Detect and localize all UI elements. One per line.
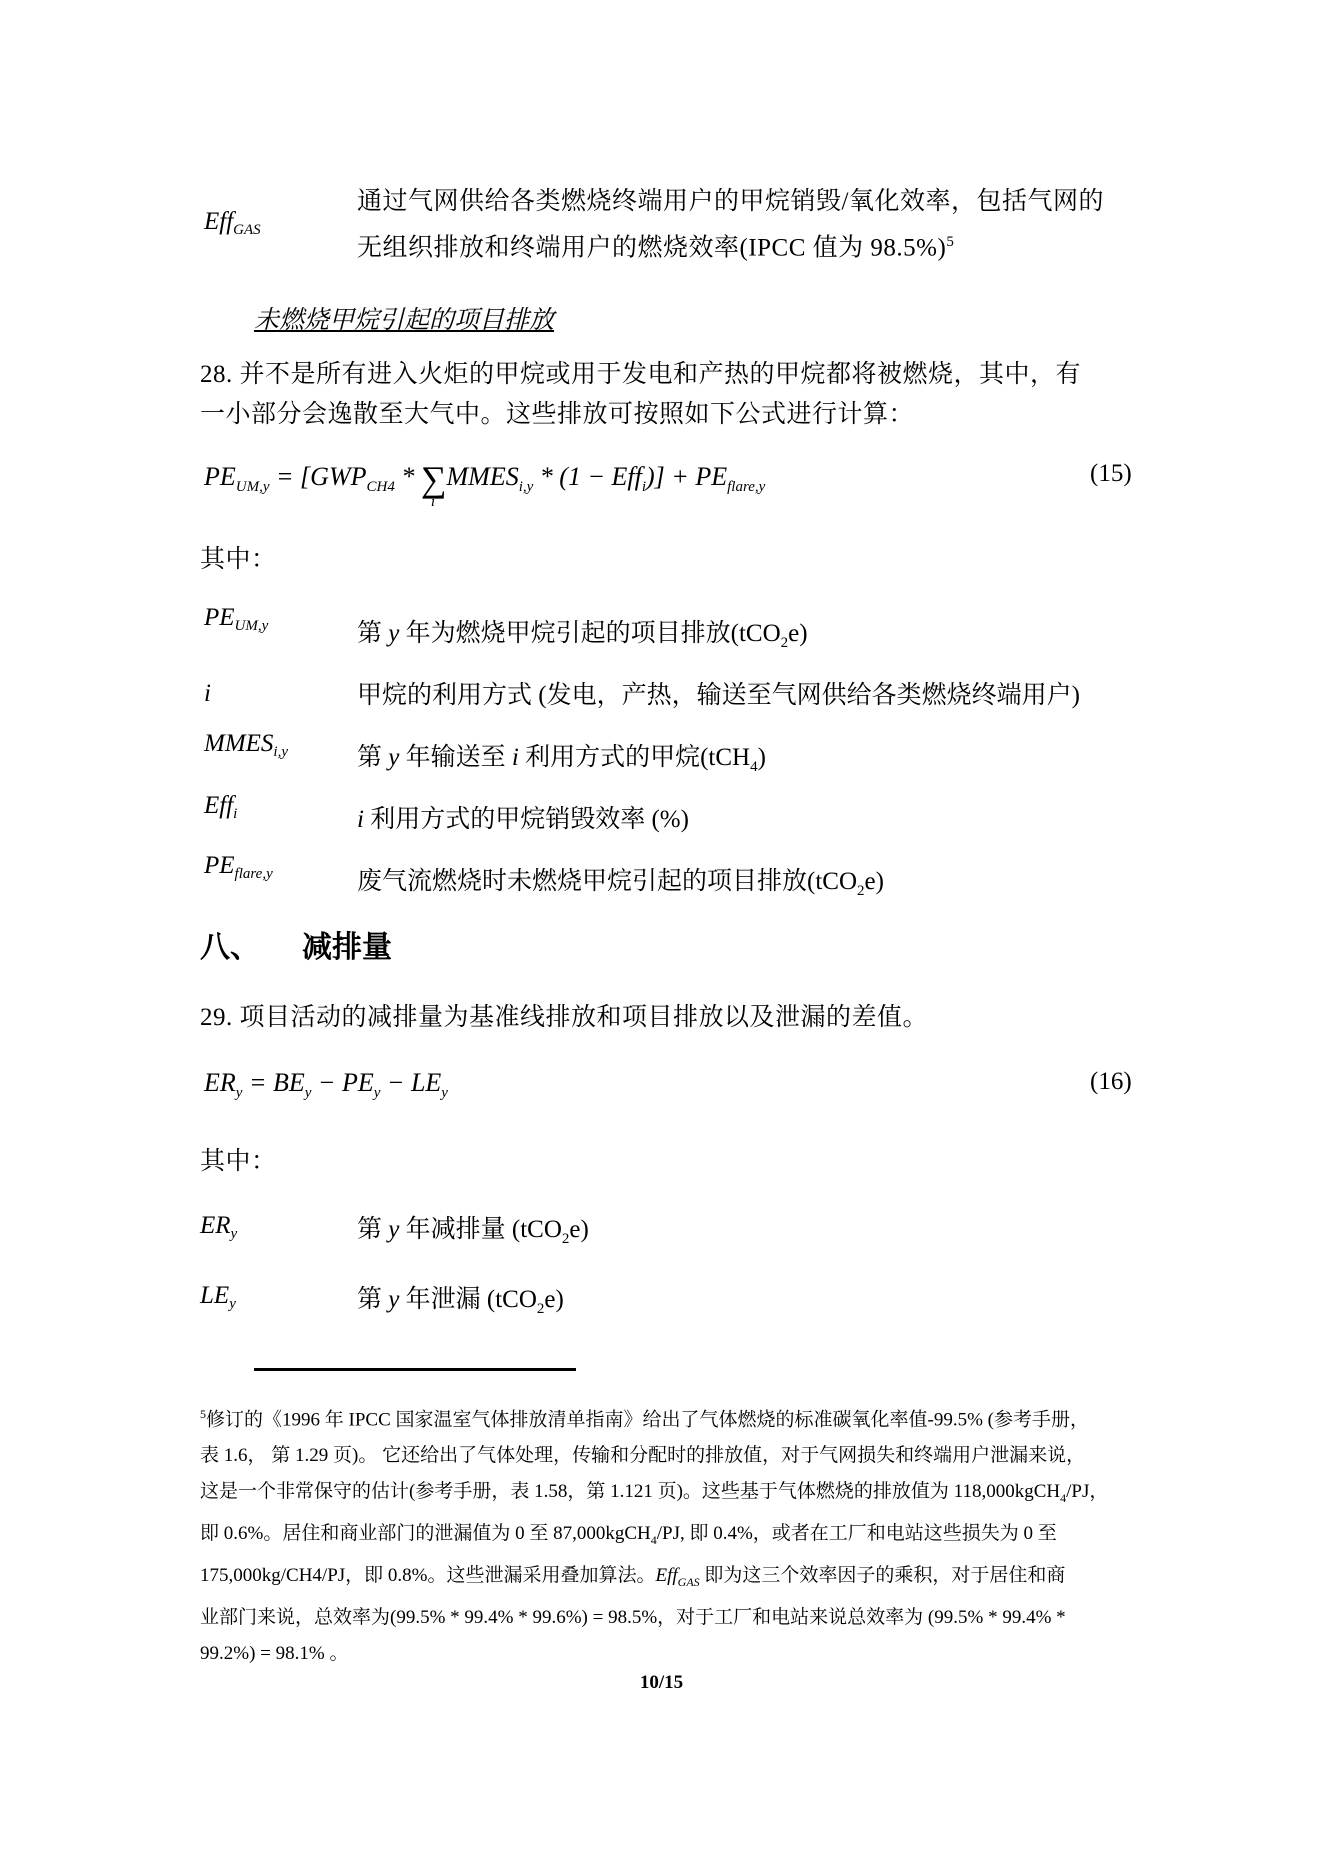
symbol-eff-gas: EffGAS [204, 208, 261, 239]
footnote-line: 表 1.6， 第 1.29 页)。 它还给出了气体处理，传输和分配时的排放值，对… [200, 1438, 1130, 1474]
footnote-text: 即 0.6%。居住和商业部门的泄漏值为 0 至 87,000kgCH [200, 1523, 651, 1544]
def-text-mmes: 第 y 年输送至 i 利用方式的甲烷(tCH4) [357, 740, 766, 785]
eq-term: ER [204, 1068, 236, 1097]
def-text-i: 甲烷的利用方式 (发电，产热，输送至气网供给各类燃烧终端用户) [357, 678, 1080, 714]
where-label: 其中： [200, 540, 277, 580]
eq-term: PE [204, 462, 236, 491]
var: y [388, 1286, 399, 1313]
text: 利用方式的甲烷(tCH [519, 744, 750, 771]
def-symbol-er: ERy [200, 1212, 237, 1243]
var: y [388, 1216, 399, 1243]
def-text-pe-flare: 废气流燃烧时未燃烧甲烷引起的项目排放(tCO2e) [357, 864, 884, 909]
def-symbol-le: LEy [200, 1282, 236, 1313]
footnote-ref[interactable]: 5 [946, 234, 954, 250]
footnote-line: 99.2%) = 98.1% 。 [200, 1636, 1130, 1672]
definition-line-2: 无组织排放和终端用户的燃烧效率(IPCC 值为 98.5%)5 [357, 222, 1157, 268]
sigma-symbol: ∑i [421, 458, 447, 500]
text: 第 [357, 1216, 388, 1243]
section-title: 减排量 [302, 931, 392, 964]
footnote-text: 这是一个非常保守的估计(参考手册，表 1.58，第 1.121 页)。这些基于气… [200, 1481, 1060, 1502]
eq-sub: UM,y [236, 479, 270, 495]
footnote-text: /PJ， [1066, 1481, 1108, 1502]
symbol-text: LE [200, 1282, 229, 1309]
text: ) [758, 744, 766, 771]
symbol-text: ER [200, 1212, 231, 1239]
equation-15: PEUM,y = [GWPCH4 * ∑iMMESi,y * (1 − Effi… [204, 458, 765, 500]
def-symbol-i: i [204, 680, 211, 708]
definition-line-2-text: 无组织排放和终端用户的燃烧效率(IPCC 值为 98.5%) [357, 234, 946, 261]
page-number: 10/15 [0, 1672, 1323, 1694]
symbol-text: Eff [656, 1565, 678, 1586]
var: y [388, 744, 399, 771]
footnote-5: 5修订的《1996 年 IPCC 国家温室气体排放清单指南》给出了气体燃烧的标准… [200, 1396, 1130, 1672]
text: e) [788, 620, 807, 647]
where-label: 其中： [200, 1142, 277, 1182]
paragraph-28-line-2: 一小部分会逸散至大气中。这些排放可按照如下公式进行计算： [200, 395, 1140, 435]
footnote-line: 5修订的《1996 年 IPCC 国家温室气体排放清单指南》给出了气体燃烧的标准… [200, 1396, 1130, 1438]
var: y [388, 620, 399, 647]
text: 利用方式的甲烷销毁效率 (%) [364, 806, 689, 833]
symbol-subscript: UM,y [235, 618, 269, 634]
eq-term: MMES [447, 462, 519, 491]
eq-term: − PE [311, 1068, 373, 1097]
text: 年减排量 (tCO [399, 1216, 562, 1243]
eq-sub: i,y [519, 479, 534, 495]
sub: 2 [857, 883, 865, 899]
footnote-separator [254, 1368, 576, 1371]
eq-term: = BE [242, 1068, 304, 1097]
text: e) [569, 1216, 588, 1243]
eq-term: − LE [380, 1068, 441, 1097]
text: e) [865, 868, 884, 895]
symbol-text: Eff [204, 792, 233, 819]
text: 年泄漏 (tCO [399, 1286, 537, 1313]
def-text-pe-um: 第 y 年为燃烧甲烷引起的项目排放(tCO2e) [357, 616, 808, 661]
var: i [357, 806, 364, 833]
footnote-text: 即为这三个效率因子的乘积，对于居住和商 [700, 1565, 1066, 1586]
def-text-er: 第 y 年减排量 (tCO2e) [357, 1212, 589, 1257]
eq-term: )] + PE [646, 462, 727, 491]
symbol-text: MMES [204, 730, 273, 757]
sigma-index: i [431, 494, 435, 511]
symbol-text: PE [204, 852, 235, 879]
equation-16: ERy = BEy − PEy − LEy [204, 1068, 448, 1102]
def-text-eff-i: i 利用方式的甲烷销毁效率 (%) [357, 802, 689, 838]
section-heading-8: 八、减排量 [200, 922, 392, 966]
symbol-subscript: GAS [233, 222, 261, 238]
equation-number-15: (15) [1090, 460, 1132, 488]
sub: GAS [678, 1575, 700, 1589]
def-symbol-mmes: MMESi,y [204, 730, 288, 761]
sigma-glyph: ∑ [421, 459, 447, 499]
text: 废气流燃烧时未燃烧甲烷引起的项目排放(tCO [357, 868, 857, 895]
symbol-subscript: i,y [273, 744, 288, 760]
symbol-subscript: i [233, 806, 237, 822]
paragraph-28: 28. 并不是所有进入火炬的甲烷或用于发电和产热的甲烷都将被燃烧，其中，有 一小… [200, 355, 1140, 435]
eq-sub: CH4 [367, 479, 395, 495]
footnote-line: 175,000kg/CH4/PJ，即 0.8%。这些泄漏采用叠加算法。EffGA… [200, 1558, 1130, 1600]
symbol-text: PE [204, 604, 235, 631]
footnote-line: 业部门来说，总效率为(99.5% * 99.4% * 99.6%) = 98.5… [200, 1600, 1130, 1636]
footnote-line: 这是一个非常保守的估计(参考手册，表 1.58，第 1.121 页)。这些基于气… [200, 1474, 1130, 1516]
eq-sub: flare,y [727, 479, 765, 495]
equation-number-16: (16) [1090, 1068, 1132, 1096]
eq-term: = [GWP [270, 462, 367, 491]
footnote-line: 即 0.6%。居住和商业部门的泄漏值为 0 至 87,000kgCH4/PJ, … [200, 1516, 1130, 1558]
text: 第 [357, 744, 388, 771]
footnote-text: /PJ, 即 0.4%，或者在工厂和电站这些损失为 0 至 [657, 1523, 1057, 1544]
text: 年为燃烧甲烷引起的项目排放(tCO [399, 620, 780, 647]
def-symbol-pe-flare: PEflare,y [204, 852, 273, 883]
footnote-text: 修订的《1996 年 IPCC 国家温室气体排放清单指南》给出了气体燃烧的标准碳… [206, 1409, 1089, 1430]
symbol-subscript: y [229, 1296, 236, 1312]
definition-line-1: 通过气网供给各类燃烧终端用户的甲烷销毁/氧化效率，包括气网的 [357, 182, 1157, 222]
text: e) [544, 1286, 563, 1313]
def-symbol-pe-um: PEUM,y [204, 604, 268, 635]
text: 第 [357, 620, 388, 647]
text: 年输送至 [399, 744, 512, 771]
footnote-text: 175,000kg/CH4/PJ，即 0.8%。这些泄漏采用叠加算法。 [200, 1565, 656, 1586]
section-number: 八、 [200, 931, 260, 964]
eff-gas-definition: 通过气网供给各类燃烧终端用户的甲烷销毁/氧化效率，包括气网的 无组织排放和终端用… [357, 182, 1157, 268]
subheading-unburned-methane: 未燃烧甲烷引起的项目排放 [254, 300, 554, 336]
sub: 4 [750, 759, 758, 775]
symbol-subscript: flare,y [235, 866, 273, 882]
var: i [512, 744, 519, 771]
def-text-le: 第 y 年泄漏 (tCO2e) [357, 1282, 564, 1327]
eq-term: * (1 − Eff [533, 462, 642, 491]
symbol-subscript: y [231, 1226, 238, 1242]
symbol-text: Eff [204, 208, 233, 235]
def-symbol-eff-i: Effi [204, 792, 237, 823]
text: 第 [357, 1286, 388, 1313]
eq-term: * [395, 462, 421, 491]
eq-sub: y [441, 1085, 448, 1101]
paragraph-28-line-1: 28. 并不是所有进入火炬的甲烷或用于发电和产热的甲烷都将被燃烧，其中，有 [200, 355, 1140, 395]
paragraph-29: 29. 项目活动的减排量为基准线排放和项目排放以及泄漏的差值。 [200, 998, 928, 1038]
